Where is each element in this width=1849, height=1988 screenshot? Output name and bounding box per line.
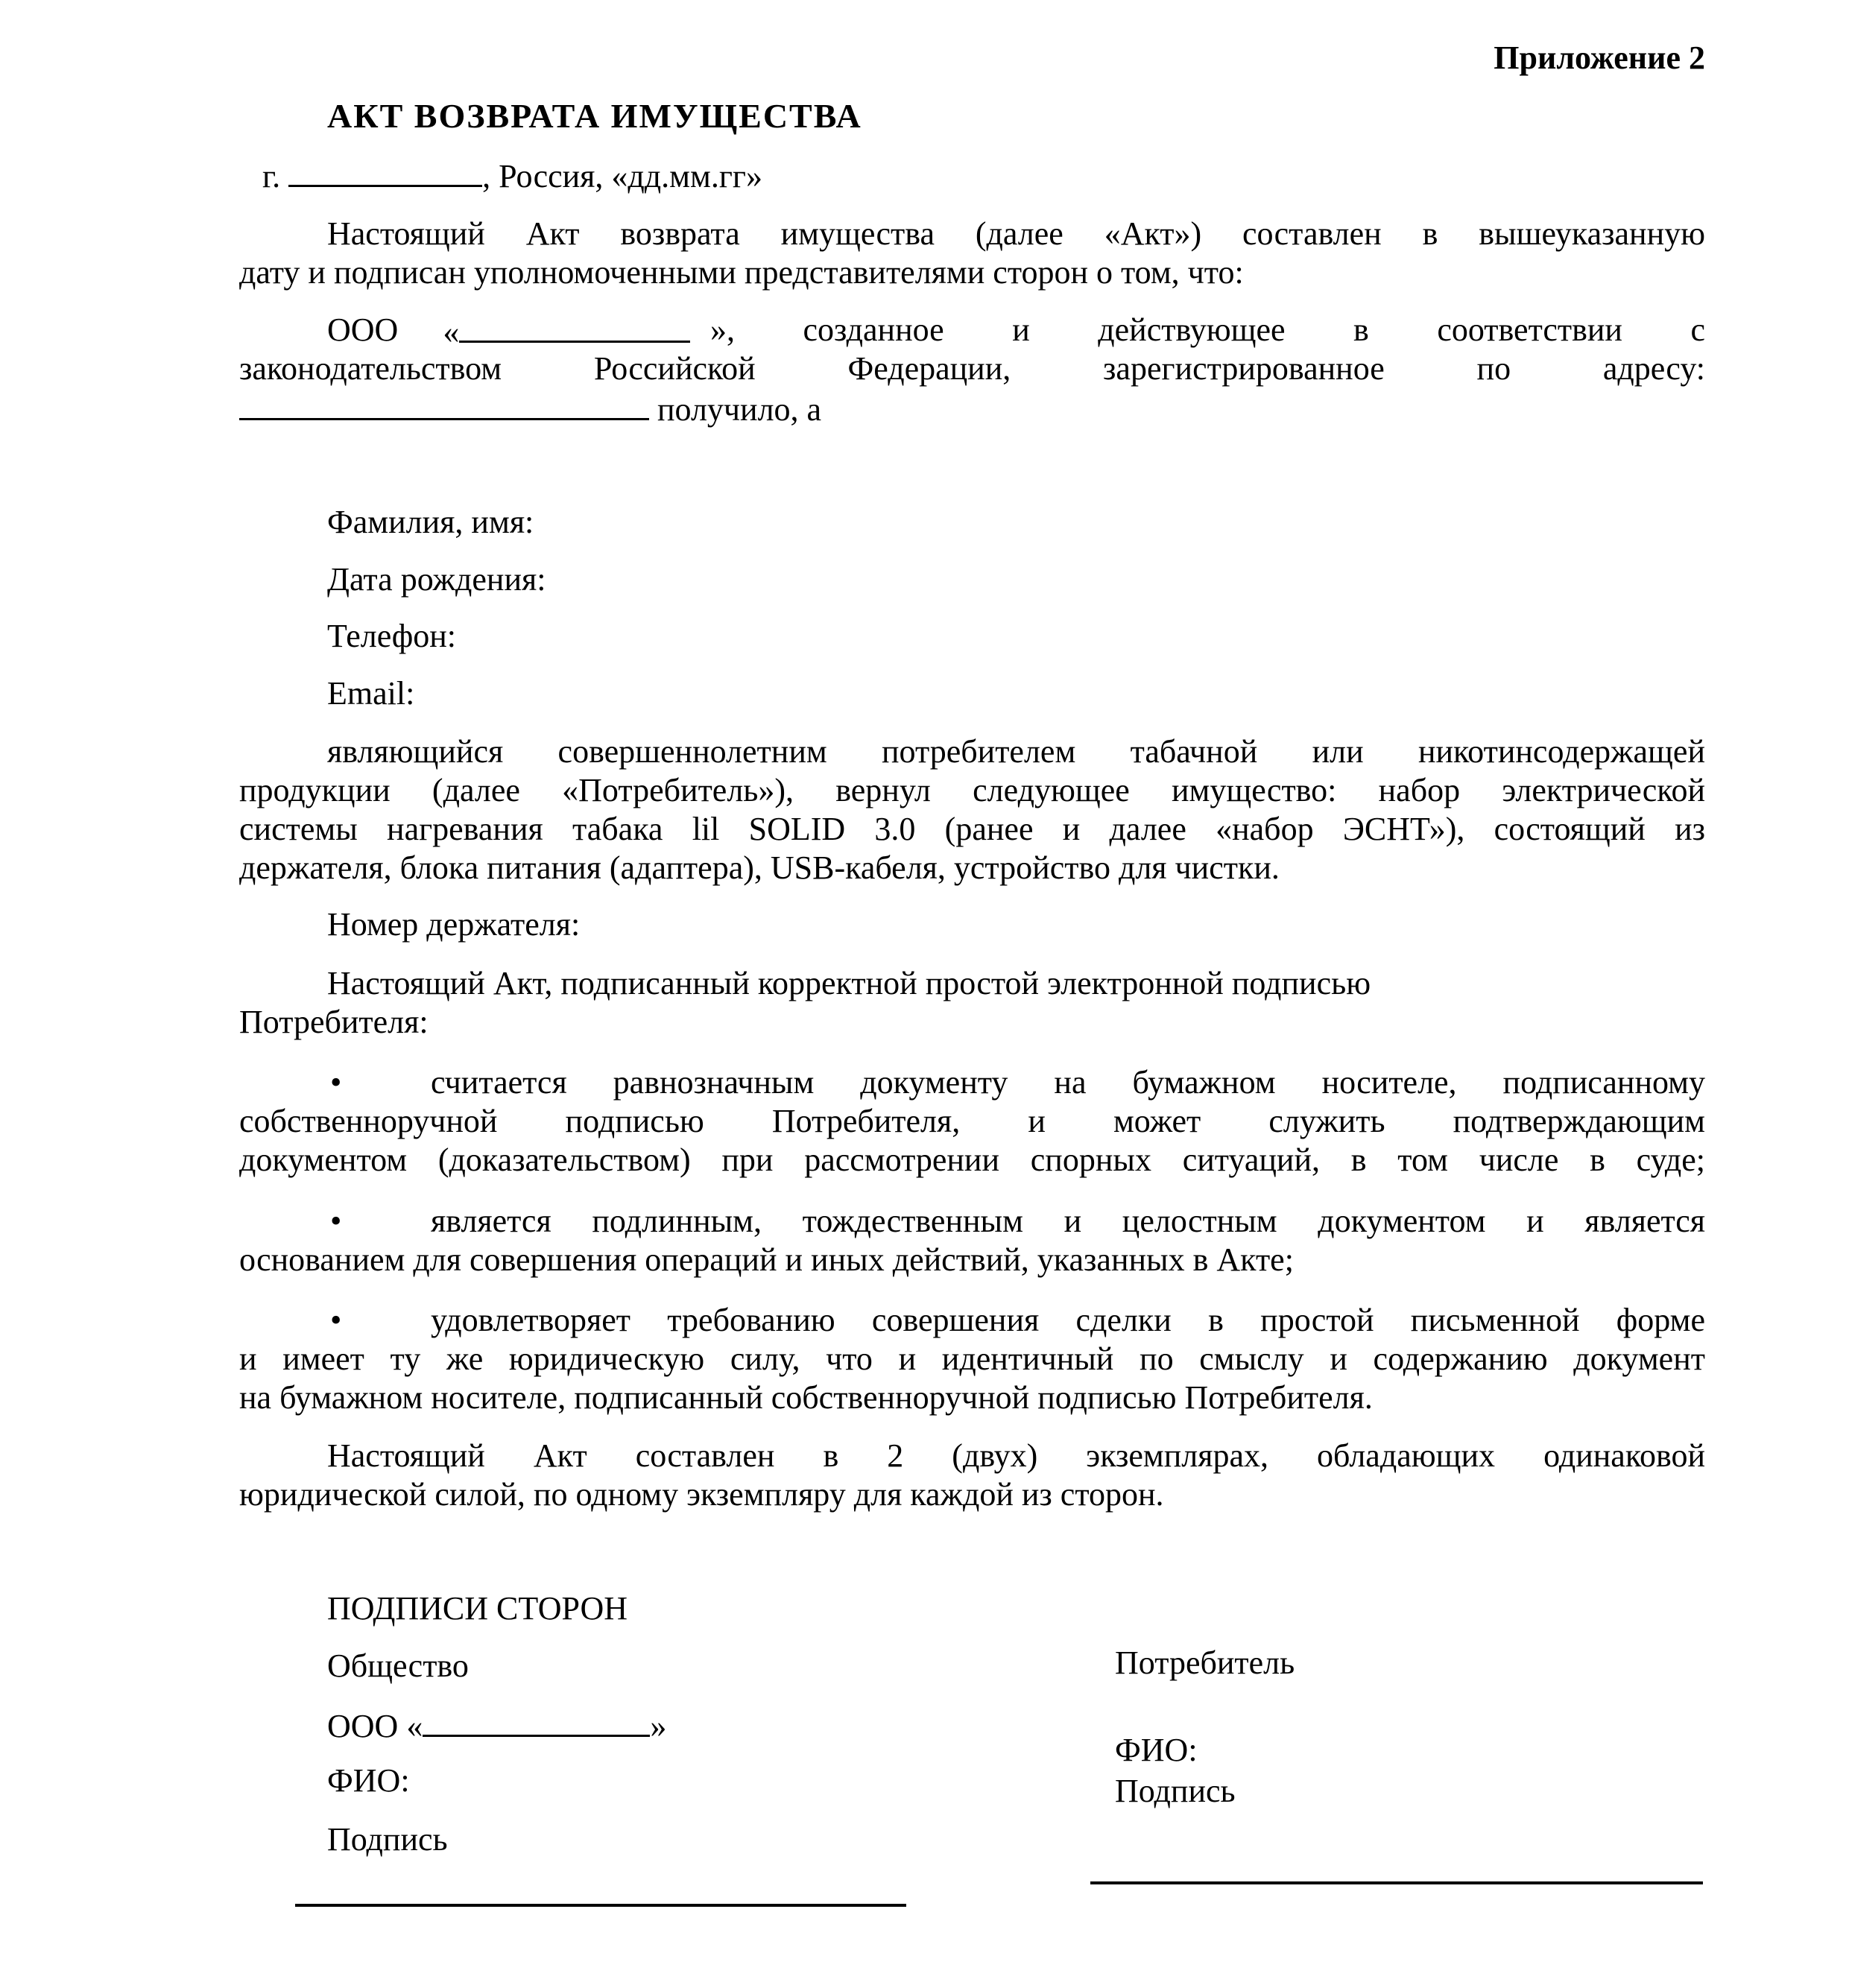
left-company-name-blank-field[interactable] [423, 1705, 650, 1737]
left-fio-label: ФИО: [327, 1761, 410, 1800]
company-name-blank-field[interactable] [459, 311, 690, 343]
left-signature-line[interactable] [295, 1904, 906, 1907]
field-email-label: Email: [327, 674, 414, 713]
intro-line-1: Настоящий Акт возврата имущества (далее … [327, 215, 1705, 253]
bullet-icon: • [330, 1063, 341, 1102]
city-blank-field[interactable] [288, 155, 482, 187]
company-quote-open: « [443, 314, 459, 350]
right-signature-label: Подпись [1115, 1772, 1236, 1811]
left-company-line: ООО «» [327, 1705, 666, 1746]
signatures-heading: ПОДПИСИ СТОРОН [327, 1589, 628, 1628]
left-signature-label: Подпись [327, 1820, 448, 1859]
signature-paragraph-line-1: Настоящий Акт, подписанный корректной пр… [327, 964, 1371, 1003]
field-birth-date-label: Дата рождения: [327, 560, 546, 599]
place-date-line: г. , Россия, «дд.мм.гг» [262, 155, 762, 196]
consumer-line-3: системы нагревания табака lil SOLID 3.0 … [239, 810, 1705, 849]
company-line-1-rest: », созданное и действующее в соответстви… [710, 311, 1705, 349]
appendix-label: Приложение 2 [1494, 39, 1705, 77]
right-fio-label: ФИО: [1115, 1731, 1198, 1770]
consumer-line-4: держателя, блока питания (адаптера), USB… [239, 849, 1280, 887]
bullet-icon: • [330, 1301, 341, 1340]
intro-line-2: дату и подписан уполномоченными представ… [239, 253, 1244, 292]
bullet-2-line-1: является подлинным, тождественным и цело… [431, 1202, 1705, 1241]
left-company-suffix: » [650, 1708, 666, 1744]
bullet-1-line-1: считается равнозначным документу на бума… [431, 1063, 1705, 1102]
document-title: АКТ ВОЗВРАТА ИМУЩЕСТВА [327, 97, 862, 136]
company-line-3: получило, а [239, 388, 821, 429]
country-date: , Россия, «дд.мм.гг» [482, 158, 762, 194]
company-line-2: законодательством Российской Федерации, … [239, 349, 1705, 388]
left-party-label: Общество [327, 1647, 469, 1685]
consumer-line-1: являющийся совершеннолетним потребителем… [327, 732, 1705, 771]
bullet-1-line-2: собственноручной подписью Потребителя, и… [239, 1102, 1705, 1141]
holder-number-label: Номер держателя: [327, 905, 580, 944]
bullet-1-line-3: документом (доказательством) при рассмот… [239, 1141, 1705, 1180]
bullet-icon: • [330, 1202, 341, 1241]
bullet-3-line-1: удовлетворяет требованию совершения сдел… [431, 1301, 1705, 1340]
field-full-name-label: Фамилия, имя: [327, 503, 534, 542]
consumer-line-2: продукции (далее «Потребитель»), вернул … [239, 771, 1705, 810]
right-signature-line[interactable] [1090, 1881, 1703, 1884]
copies-line-1: Настоящий Акт составлен в 2 (двух) экзем… [327, 1437, 1705, 1475]
right-party-label: Потребитель [1115, 1644, 1295, 1682]
company-prefix: ООО [327, 311, 398, 352]
city-prefix: г. [262, 158, 280, 194]
left-company-prefix: ООО « [327, 1708, 423, 1744]
copies-line-2: юридической силой, по одному экземпляру … [239, 1475, 1164, 1514]
signature-paragraph-line-2: Потребителя: [239, 1003, 429, 1042]
bullet-3-line-3: на бумажном носителе, подписанный собств… [239, 1378, 1373, 1417]
address-blank-field[interactable] [239, 388, 649, 420]
field-phone-label: Телефон: [327, 617, 456, 656]
bullet-3-line-2: и имеет ту же юридическую силу, что и ид… [239, 1340, 1705, 1378]
bullet-2-line-2: основанием для совершения операций и ины… [239, 1241, 1294, 1279]
received-text: получило, а [657, 391, 821, 428]
